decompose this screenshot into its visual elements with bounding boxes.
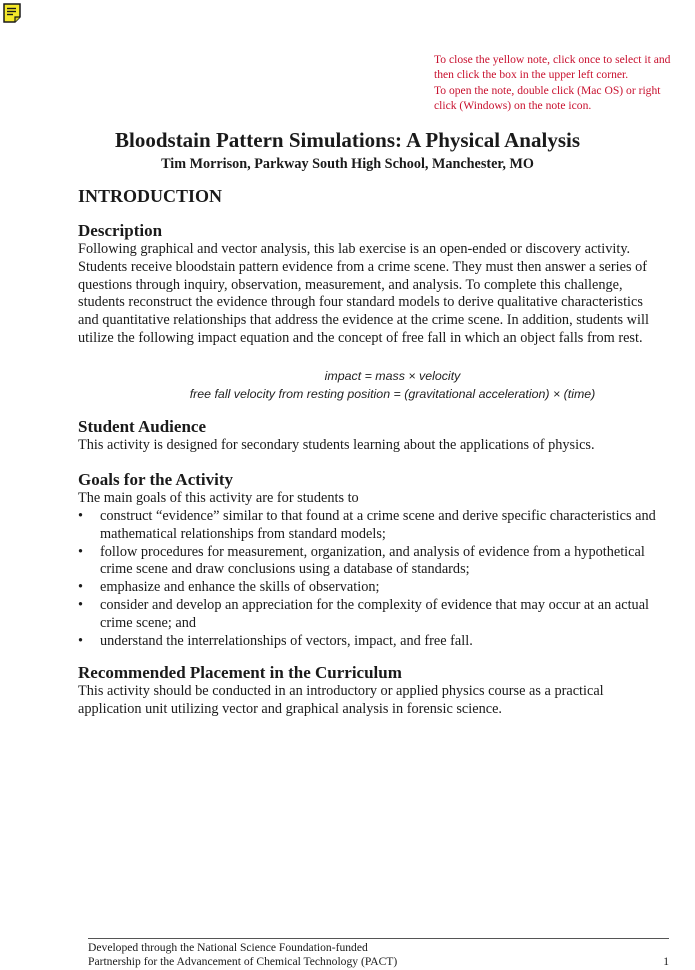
text-line: crime scene; and [100, 615, 690, 633]
text-line: mathematical relationships from standard… [100, 526, 690, 544]
page-footer: Developed through the National Science F… [88, 941, 669, 969]
text-line: consider and develop an appreciation for… [100, 597, 690, 615]
text-line: crime scene and draw conclusions using a… [100, 561, 690, 579]
note-line: click (Windows) on the note icon. [434, 98, 695, 113]
goals-intro: The main goals of this activity are for … [78, 490, 690, 508]
note-line: then click the box in the upper left cor… [434, 67, 695, 82]
bullet-icon: • [78, 579, 83, 597]
section-heading-introduction: INTRODUCTION [78, 185, 222, 207]
list-item: • understand the interrelationships of v… [78, 633, 690, 651]
heading-recommended-placement: Recommended Placement in the Curriculum [78, 663, 402, 683]
text-line: utilize the following impact equation an… [78, 330, 690, 348]
bullet-icon: • [78, 597, 83, 615]
sticky-note-icon[interactable] [3, 3, 21, 23]
text-line: emphasize and enhance the skills of obse… [100, 579, 690, 597]
text-line: understand the interrelationships of vec… [100, 633, 690, 651]
text-line: This activity should be conducted in an … [78, 683, 690, 701]
note-line: To open the note, double click (Mac OS) … [434, 83, 695, 98]
text-line: students reconstruct the evidence throug… [78, 294, 690, 312]
document-subtitle: Tim Morrison, Parkway South High School,… [0, 155, 695, 173]
footer-divider [88, 938, 669, 939]
goals-list: • construct “evidence” similar to that f… [78, 508, 690, 650]
bullet-icon: • [78, 544, 83, 562]
text-line: This activity is designed for secondary … [78, 437, 690, 455]
text-line: and quantitative relationships that addr… [78, 312, 690, 330]
list-item: • consider and develop an appreciation f… [78, 597, 690, 633]
heading-student-audience: Student Audience [78, 417, 206, 437]
list-item: • follow procedures for measurement, org… [78, 544, 690, 580]
placement-paragraph: This activity should be conducted in an … [78, 683, 690, 719]
description-paragraph: Following graphical and vector analysis,… [78, 241, 690, 348]
equation-free-fall: free fall velocity from resting position… [45, 385, 695, 403]
heading-goals: Goals for the Activity [78, 470, 233, 490]
text-line: follow procedures for measurement, organ… [100, 544, 690, 562]
footer-line: Partnership for the Advancement of Chemi… [88, 955, 669, 969]
text-line: application unit utilizing vector and gr… [78, 701, 690, 719]
footer-line: Developed through the National Science F… [88, 941, 669, 955]
text-line: Students receive bloodstain pattern evid… [78, 259, 690, 277]
audience-paragraph: This activity is designed for secondary … [78, 437, 690, 455]
bullet-icon: • [78, 508, 83, 526]
page-number: 1 [663, 955, 669, 969]
document-title: Bloodstain Pattern Simulations: A Physic… [0, 128, 695, 152]
text-line: questions through inquiry, observation, … [78, 277, 690, 295]
text-line: construct “evidence” similar to that fou… [100, 508, 690, 526]
text-line: Following graphical and vector analysis,… [78, 241, 690, 259]
bullet-icon: • [78, 633, 83, 651]
note-line: To close the yellow note, click once to … [434, 52, 695, 67]
text-line: The main goals of this activity are for … [78, 490, 690, 508]
equation-impact: impact = mass × velocity [45, 367, 695, 385]
list-item: • construct “evidence” similar to that f… [78, 508, 690, 544]
heading-description: Description [78, 221, 162, 241]
note-instructions: To close the yellow note, click once to … [434, 52, 695, 114]
list-item: • emphasize and enhance the skills of ob… [78, 579, 690, 597]
